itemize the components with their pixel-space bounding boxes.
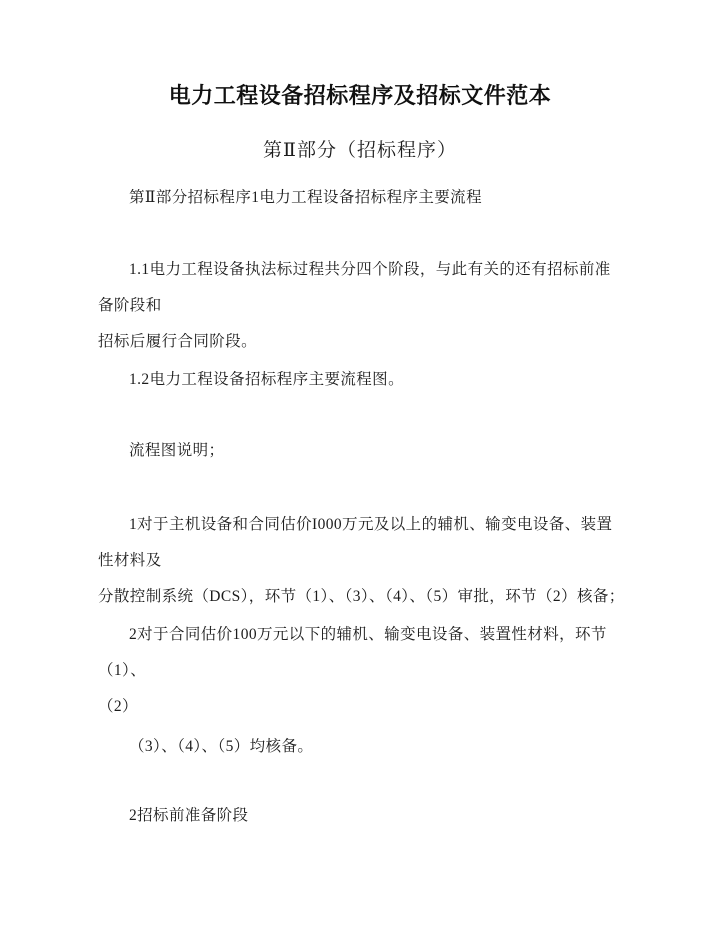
section-2-heading: 2招标前准备阶段 [98, 798, 626, 834]
document-page: 电力工程设备招标程序及招标文件范本 第Ⅱ部分（招标程序） 第Ⅱ部分招标程序1电力… [0, 0, 720, 931]
document-subtitle: 第Ⅱ部分（招标程序） [0, 139, 720, 163]
note-item-2-continued: （3）、（4）、（5）均核备。 [98, 729, 626, 765]
document-title: 电力工程设备招标程序及招标文件范本 [0, 83, 720, 109]
paragraph-1-1: 1.1电力工程设备执法标过程共分四个阶段，与此有关的还有招标前准备阶段和 招标后… [98, 252, 626, 360]
section-heading-line: 第Ⅱ部分招标程序1电力工程设备招标程序主要流程 [98, 180, 626, 216]
paragraph-1-2: 1.2电力工程设备招标程序主要流程图。 [98, 362, 626, 398]
flowchart-note-label: 流程图说明； [98, 433, 626, 469]
note-item-2: 2对于合同估价100万元以下的辅机、输变电设备、装置性材料，环节（1）、 （2） [98, 617, 626, 725]
note-item-1: 1对于主机设备和合同估价I000万元及以上的辅机、输变电设备、装置性材料及 分散… [98, 507, 626, 615]
